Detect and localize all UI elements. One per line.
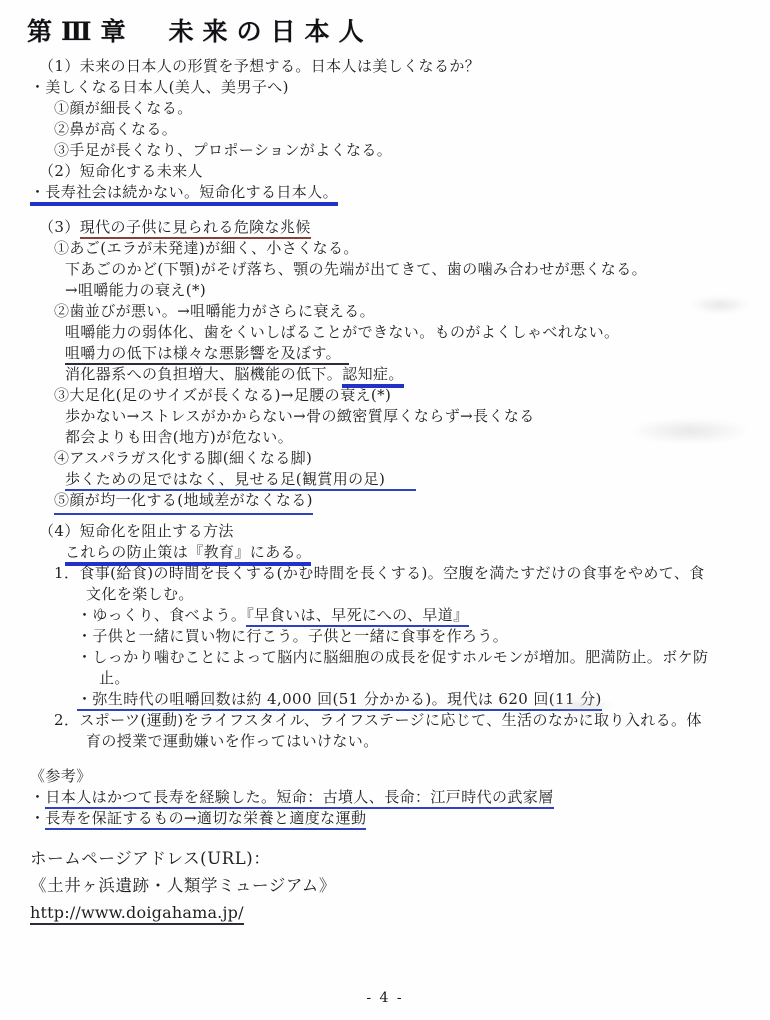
text-line: ホームページアドレス(URL)： [30,845,745,872]
text-segment: ④アスパラガス化する脚(細くなる脚) [54,449,312,467]
page-number: - 4 - [0,990,770,1006]
text-segment: 育の授業で運動嫌いを作ってはいけない。 [86,732,379,750]
text-line: ・日本人はかつて長寿を経験した。短命：古墳人、長命：江戸時代の武家層 [30,787,745,808]
underlined-text: 咀嚼力の低下は様々な悪影響を及ぼす。 [65,344,349,365]
text-line: ②鼻が高くなる。 [54,119,745,140]
underlined-text: http://www.doigahama.jp/ [30,903,244,925]
text-segment: 《土井ヶ浜遺跡・人類学ミュージアム》 [30,876,336,895]
text-line: 育の授業で運動嫌いを作ってはいけない。 [86,731,745,752]
text-line: ・子供と一緒に買い物に行こう。子供と一緒に食事を作ろう。 [77,626,745,647]
underlined-text: 長寿を保証するもの→適切な栄養と適度な運動 [45,809,366,830]
text-segment: 咀嚼能力の弱体化、歯をくいしばることができない。ものがよくしゃべれない。 [65,323,619,341]
text-segment: →咀嚼能力の衰え(*) [65,281,206,299]
underlined-text: ・弥生時代の咀嚼回数は約 4,000 回(51 分かかる)。現代は 620 回(… [77,690,602,711]
text-segment: ②歯並びが悪い。→咀嚼能力がさらに衰える。 [54,302,375,320]
text-segment: ・ [30,788,45,806]
text-line: （1）未来の日本人の形質を予想する。日本人は美しくなるか？ [39,56,745,77]
text-line: 《土井ヶ浜遺跡・人類学ミュージアム》 [30,872,745,899]
text-line: 止。 [99,668,745,689]
text-line: 歩くための足ではなく、見せる足(観賞用の足) [65,469,745,490]
text-segment: ③手足が長くなり、プロポーションがよくなる。 [54,141,392,159]
text-segment: （1）未来の日本人の形質を予想する。日本人は美しくなるか？ [39,57,480,75]
text-segment: ホームページアドレス(URL)： [30,849,270,868]
text-line: 都会よりも田舎(地方)が危ない。 [65,427,745,448]
text-line: ・しっかり噛むことによって脳内に脳細胞の成長を促すホルモンが増加。肥満防止。ボケ… [77,647,745,668]
text-segment: 消化器系への負担増大、脳機能の低下。 [65,365,342,383]
text-line: ②歯並びが悪い。→咀嚼能力がさらに衰える。 [54,301,745,322]
underlined-text: 現代の子供に見られる危険な兆候 [80,218,311,239]
text-segment: 止。 [99,669,130,687]
text-line: ・ゆっくり、食べよう。『早食いは、早死にへの、早道』 [77,605,745,626]
blank-space [25,752,745,766]
text-line: （2）短命化する未来人 [39,161,745,182]
underlined-text: 歩くための足ではなく、見せる足(観賞用の足) [65,470,416,491]
text-line: 咀嚼能力の弱体化、歯をくいしばることができない。ものがよくしゃべれない。 [65,322,745,343]
text-segment: ・ゆっくり、食べよう。 [77,606,246,624]
text-line: （4）短命化を阻止する方法 [39,521,745,542]
text-line: これらの防止策は『教育』にある。 [65,542,745,563]
text-segment: ・ [30,809,45,827]
text-line: （3）現代の子供に見られる危険な兆候 [39,217,745,238]
underlined-text: 『早食いは、早死にへの、早道』 [246,606,468,627]
text-line: ⑤顔が均一化する(地域差がなくなる) [54,490,745,511]
text-segment: 下あごのかど(下顎)がそげ落ち、顎の先端が出てきて、歯の噛み合わせが悪くなる。 [65,260,647,278]
blank-space [25,829,745,845]
text-line: 歩かない→ストレスがかからない→骨の緻密質厚くならず→長くなる [65,406,745,427]
text-line: ③手足が長くなり、プロポーションがよくなる。 [54,140,745,161]
text-segment: ①顔が細長くなる。 [54,99,193,117]
text-line: ④アスパラガス化する脚(細くなる脚) [54,448,745,469]
text-segment: 1．食事(給食)の時間を長くする(かむ時間を長くする)。空腹を満たすだけの食事を… [54,564,705,582]
text-segment: （2）短命化する未来人 [39,162,203,180]
text-segment: ・しっかり噛むことによって脳内に脳細胞の成長を促すホルモンが増加。肥満防止。ボケ… [77,648,708,666]
text-segment: 2．スポーツ(運動)をライフスタイル、ライフステージに応じて、生活のなかに取り入… [54,711,702,729]
page-title: 第Ⅲ章 未来の日本人 [27,12,745,48]
text-segment: （3） [39,218,80,236]
text-line: →咀嚼能力の衰え(*) [65,280,745,301]
text-segment: 《参考》 [30,767,92,785]
underlined-text: ・長寿社会は続かない。短命化する日本人。 [30,183,338,206]
text-line: 1．食事(給食)の時間を長くする(かむ時間を長くする)。空腹を満たすだけの食事を… [54,563,745,584]
text-line: 下あごのかど(下顎)がそげ落ち、顎の先端が出てきて、歯の噛み合わせが悪くなる。 [65,259,745,280]
text-line: 《参考》 [30,766,745,787]
document-page: 第Ⅲ章 未来の日本人 （1）未来の日本人の形質を予想する。日本人は美しくなるか？… [0,0,770,1020]
text-segment: ・子供と一緒に買い物に行こう。子供と一緒に食事を作ろう。 [77,627,508,645]
text-line: 2．スポーツ(運動)をライフスタイル、ライフステージに応じて、生活のなかに取り入… [54,710,745,731]
text-line: ・長寿社会は続かない。短命化する日本人。 [30,182,745,203]
text-line: 文化を楽しむ。 [86,584,745,605]
text-segment: 文化を楽しむ。 [86,585,194,603]
text-line: ・弥生時代の咀嚼回数は約 4,000 回(51 分かかる)。現代は 620 回(… [77,689,745,710]
text-line: ③大足化(足のサイズが長くなる)→足腰の衰え(*) [54,385,745,406]
text-segment: （4）短命化を阻止する方法 [39,522,234,540]
text-line: 咀嚼力の低下は様々な悪影響を及ぼす。 [65,343,745,364]
document-body: （1）未来の日本人の形質を予想する。日本人は美しくなるか？・美しくなる日本人(美… [25,56,745,926]
text-line: ①あご(エラが未発達)が細く、小さくなる。 [54,238,745,259]
text-segment: ③大足化(足のサイズが長くなる)→足腰の衰え(*) [54,386,391,404]
text-segment: ②鼻が高くなる。 [54,120,177,138]
text-line: ①顔が細長くなる。 [54,98,745,119]
text-line: ・美しくなる日本人(美人、美男子へ) [30,77,745,98]
underlined-text: 日本人はかつて長寿を経験した。短命：古墳人、長命：江戸時代の武家層 [45,788,553,809]
underlined-text: ⑤顔が均一化する(地域差がなくなる) [54,491,313,515]
text-segment: 歩かない→ストレスがかからない→骨の緻密質厚くならず→長くなる [65,407,535,425]
text-line: 消化器系への負担増大、脳機能の低下。認知症。 [65,364,745,385]
text-segment: 都会よりも田舎(地方)が危ない。 [65,428,293,446]
text-segment: ①あご(エラが未発達)が細く、小さくなる。 [54,239,359,257]
text-line: ・長寿を保証するもの→適切な栄養と適度な運動 [30,808,745,829]
text-segment: ・美しくなる日本人(美人、美男子へ) [30,78,289,96]
url-link[interactable]: http://www.doigahama.jp/ [30,899,745,926]
